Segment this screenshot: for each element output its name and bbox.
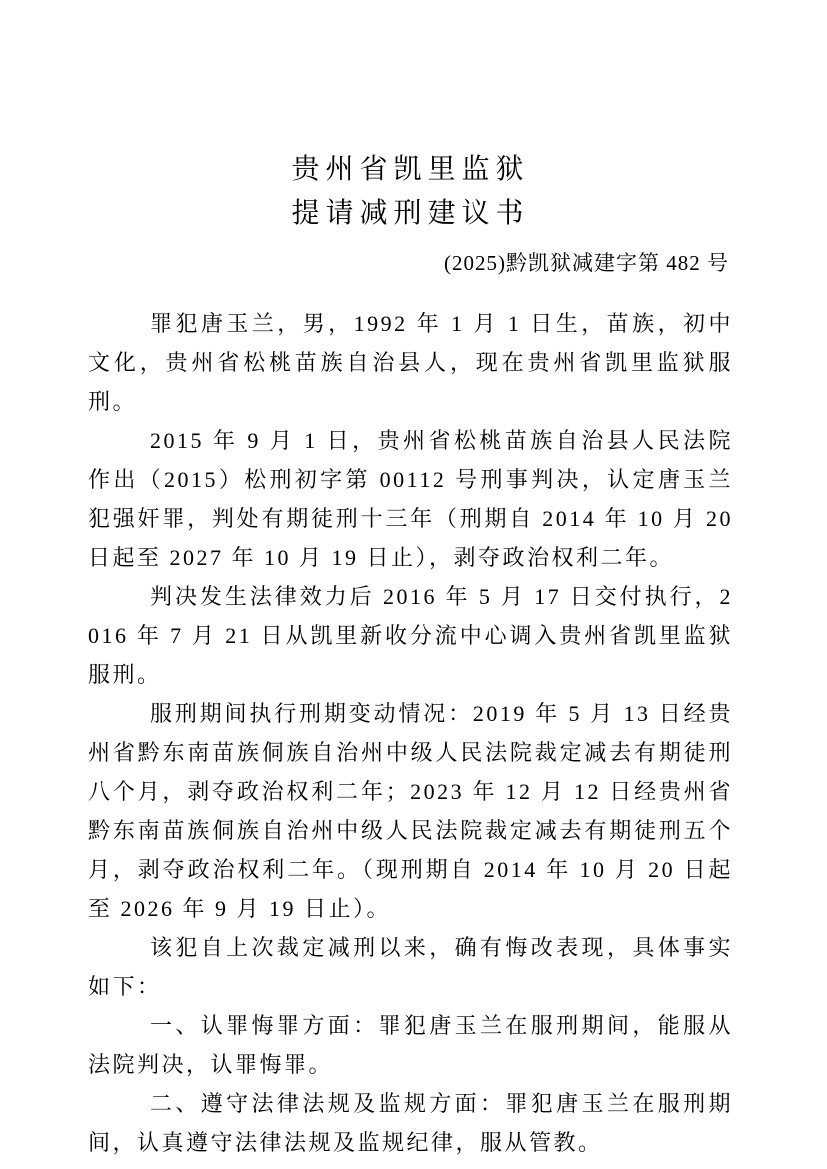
document-title-line2: 提请减刑建议书	[88, 192, 733, 236]
document-number: (2025)黔凯狱减建字第 482 号	[88, 244, 733, 282]
document-title-line1: 贵州省凯里监狱	[88, 148, 733, 192]
paragraph-reform-intro: 该犯自上次裁定减刑以来，确有悔改表现，具体事实如下：	[88, 928, 733, 1006]
paragraph-item-1-confession: 一、认罪悔罪方面：罪犯唐玉兰在服刑期间，能服从法院判决，认罪悔罪。	[88, 1006, 733, 1084]
paragraph-sentence-changes: 服刑期间执行刑期变动情况：2019 年 5 月 13 日经贵州省黔东南苗族侗族自…	[88, 694, 733, 928]
paragraph-item-2-compliance: 二、遵守法律法规及监规方面：罪犯唐玉兰在服刑期间，认真遵守法律法规及监规纪律，服…	[88, 1084, 733, 1162]
paragraph-execution-transfer: 判决发生法律效力后 2016 年 5 月 17 日交付执行，2016 年 7 月…	[88, 577, 733, 694]
document-header: 贵州省凯里监狱 提请减刑建议书	[88, 148, 733, 236]
document-page: 贵州省凯里监狱 提请减刑建议书 (2025)黔凯狱减建字第 482 号 罪犯唐玉…	[0, 0, 827, 1169]
paragraph-offender-info: 罪犯唐玉兰，男，1992 年 1 月 1 日生，苗族，初中文化，贵州省松桃苗族自…	[88, 304, 733, 421]
document-body: 罪犯唐玉兰，男，1992 年 1 月 1 日生，苗族，初中文化，贵州省松桃苗族自…	[88, 304, 733, 1162]
paragraph-original-judgment: 2015 年 9 月 1 日，贵州省松桃苗族自治县人民法院作出（2015）松刑初…	[88, 421, 733, 577]
